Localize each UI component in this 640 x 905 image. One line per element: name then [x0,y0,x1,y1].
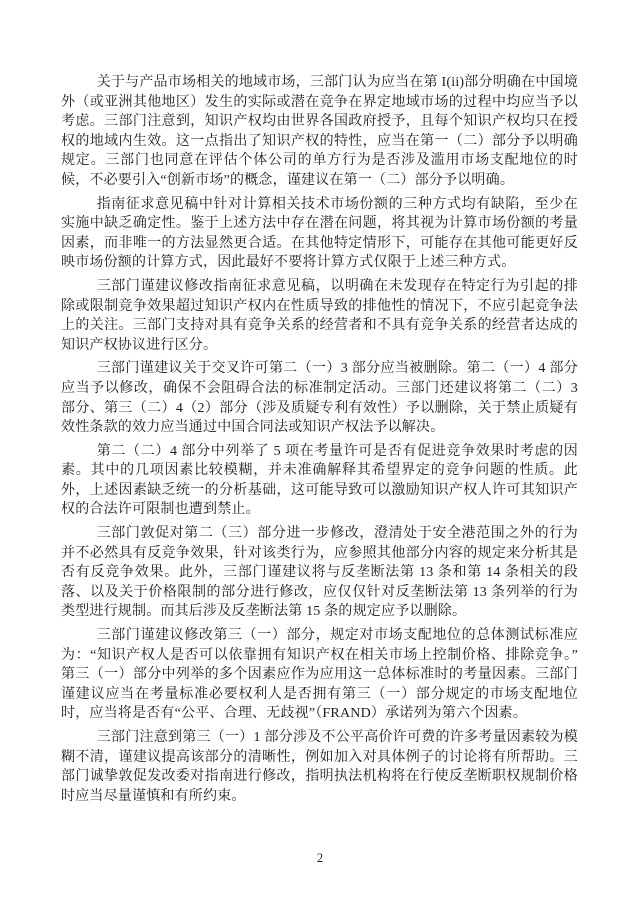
paragraph: 第二（二）4 部分中列举了 5 项在考量许可是否有促进竞争效果时考虑的因素。其中… [61,442,578,520]
paragraph: 指南征求意见稿中针对计算相关技术市场份额的三种方式均有缺陷，至少在实施中缺乏确定… [61,195,578,273]
paragraph: 三部门敦促对第二（三）部分进一步修改，澄清处于安全港范围之外的行为并不必然具有反… [61,524,578,622]
paragraph: 三部门注意到第三（一）1 部分涉及不公平高价许可费的许多考量因素较为模糊不清，谨… [61,728,578,806]
page-number: 2 [0,851,640,866]
paragraph: 三部门谨建议关于交叉许可第二（一）3 部分应当被删除。第二（一）4 部分应当予以… [61,359,578,437]
document-page: 关于与产品市场相关的地域市场，三部门认为应当在第 I(ii)部分明确在中国境外（… [0,0,640,905]
paragraph: 三部门谨建议修改第三（一）部分，规定对市场支配地位的总体测试标准应为：“知识产权… [61,626,578,724]
document-body: 关于与产品市场相关的地域市场，三部门认为应当在第 I(ii)部分明确在中国境外（… [61,73,578,810]
paragraph: 关于与产品市场相关的地域市场，三部门认为应当在第 I(ii)部分明确在中国境外（… [61,73,578,191]
paragraph: 三部门谨建议修改指南征求意见稿，以明确在未发现存在特定行为引起的排除或限制竞争效… [61,277,578,355]
